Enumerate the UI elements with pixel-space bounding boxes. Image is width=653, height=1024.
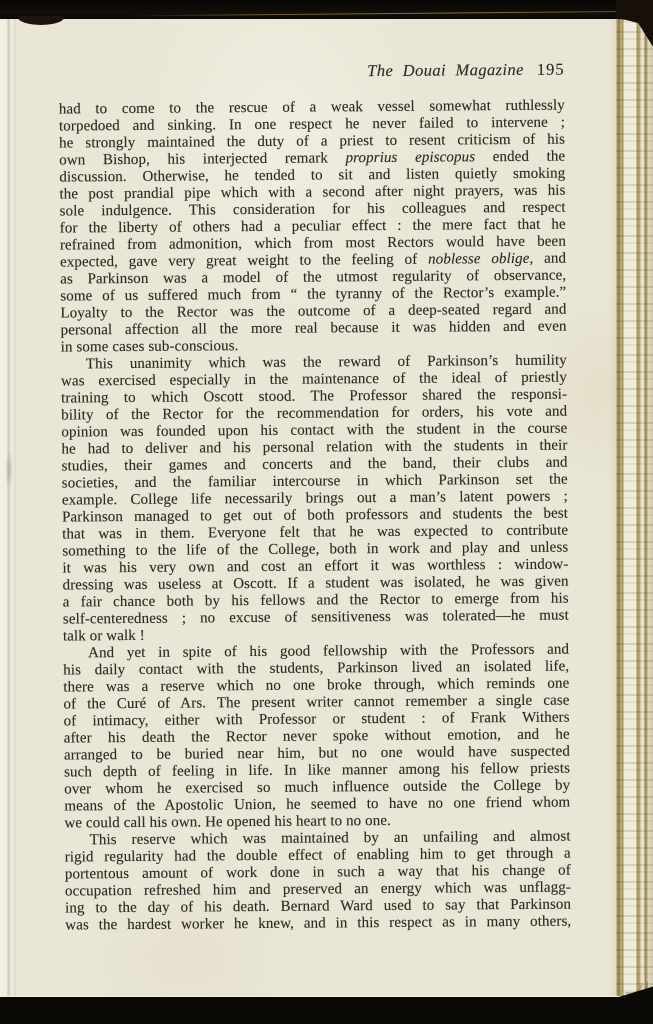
italic-phrase: proprius episcopus bbox=[345, 149, 475, 166]
paragraph: had to come to the rescue of a weak vess… bbox=[59, 98, 567, 357]
italic-phrase: noblesse oblige bbox=[428, 251, 529, 268]
paragraph: And yet in spite of his good fellowship … bbox=[63, 642, 570, 833]
book-cover-top bbox=[0, 0, 653, 19]
book-cover-bottom bbox=[0, 997, 653, 1024]
page-number: 195 bbox=[537, 60, 565, 79]
text-block: had to come to the rescue of a weak vess… bbox=[59, 98, 572, 935]
paragraph: This unanimity which was the reward of P… bbox=[61, 353, 569, 646]
printed-content: The Douai Magazine195 had to come to the… bbox=[0, 0, 653, 1024]
running-head: The Douai Magazine195 bbox=[367, 60, 564, 82]
cover-edge-line bbox=[130, 11, 653, 17]
text-line: was the hardest worker he knew, and in t… bbox=[65, 914, 571, 935]
magazine-title: The Douai Magazine bbox=[367, 60, 524, 80]
paragraph: This reserve which was maintained by an … bbox=[65, 829, 572, 935]
scanned-book-photo: The Douai Magazine195 had to come to the… bbox=[0, 0, 653, 1024]
